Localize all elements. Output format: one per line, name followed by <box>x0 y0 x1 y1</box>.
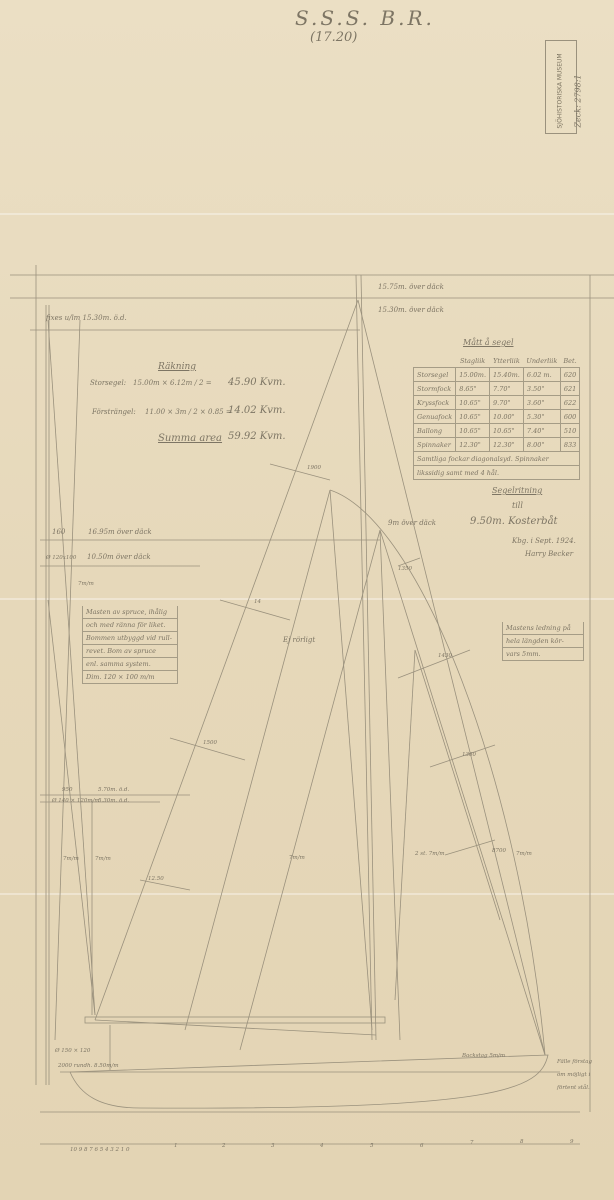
table-cell: 12.30" <box>456 438 490 452</box>
note-line: och med ränna för liket. <box>83 619 177 632</box>
area-heading: Räkning <box>158 362 196 372</box>
table-cell: 10.65" <box>456 410 490 424</box>
table-cell: 5.30" <box>523 410 560 424</box>
museum-stamp-institution: SJÖHISTORISKA MUSEUM <box>557 37 564 129</box>
sail-table-heading: Mått å segel <box>463 338 514 347</box>
area-row-label: Försträngel: <box>92 408 136 416</box>
table-cell: 10.65" <box>456 396 490 410</box>
column-header: Ytterliik <box>490 354 524 368</box>
note-line: förtent stål. <box>557 1082 592 1095</box>
lower-prefix: 950 <box>62 787 73 793</box>
table-cell: Kryssfock <box>414 396 456 410</box>
table-note: Samtliga fockar diagonalsyd. Spinnaker <box>414 452 580 466</box>
table-row: Kryssfock10.65"9.70"3.60"622 <box>414 396 580 410</box>
table-row: Genuafock10.65"10.00"5.30"600 <box>414 410 580 424</box>
stay-label: 2 st. 7m/m <box>415 851 445 857</box>
table-cell: 7.70" <box>490 382 524 396</box>
table-cell: 9.70" <box>490 396 524 410</box>
column-header: Underliik <box>523 354 560 368</box>
title-block-date: Kbg. i Sept. 1924. <box>512 537 576 545</box>
sail-dimensions-table: Stagliik Ytterliik Underliik Bet. Storse… <box>413 354 580 480</box>
note-line: hela längden kör- <box>503 635 583 648</box>
dimension-label: 1500 <box>203 740 217 746</box>
mast-construction-note: Masten av spruce, ihålig och med ränna f… <box>82 606 178 684</box>
backstay-label: Backstag 5m/m <box>462 1053 505 1059</box>
scale-label: 3 <box>271 1143 275 1149</box>
dimension-label: 1350 <box>398 566 412 572</box>
table-note: likssidig samt med 4 hål. <box>414 466 580 480</box>
mast-height-second: 15.30m. över däck <box>378 306 444 314</box>
column-header <box>414 354 456 368</box>
note-line: enl. samma system. <box>83 658 177 671</box>
dimension-label: 12.50 <box>148 876 164 882</box>
column-header: Stagliik <box>456 354 490 368</box>
stay-label: 7m/m <box>289 855 305 861</box>
table-cell: Genuafock <box>414 410 456 424</box>
area-row-result: 14.02 Kvm. <box>228 405 286 416</box>
title-block-line1: Segelritning <box>492 486 542 495</box>
title-block-line3: 9.50m. Kosterbåt <box>470 516 558 527</box>
table-cell: Storsegel <box>414 368 456 382</box>
note-line: Masten av spruce, ihålig <box>83 606 177 619</box>
boom-rigging: 2000 rundh. 8.50m/m <box>58 1063 119 1069</box>
scale-label: 5 <box>370 1143 374 1149</box>
scale-label: 4 <box>320 1143 324 1149</box>
dimension-label: 1900 <box>307 465 321 471</box>
note-line: Mastens ledning på <box>503 622 583 635</box>
table-row: Spinnaker12.30"12.30"8.00"833 <box>414 438 580 452</box>
area-row-formula: 15.00m × 6.12m / 2 = <box>133 379 212 387</box>
table-cell: 3.50" <box>523 382 560 396</box>
stem-note: Fälle förstag om möjligt i förtent stål. <box>557 1056 592 1095</box>
table-cell: Spinnaker <box>414 438 456 452</box>
scale-label: 7 <box>470 1140 474 1146</box>
table-cell: 510 <box>560 424 579 438</box>
lower-prefix: Ø 140 × 120m/m <box>52 798 100 804</box>
dimension-label: 8700 <box>492 848 506 854</box>
table-cell: 621 <box>560 382 579 396</box>
area-row-formula: 11.00 × 3m / 2 × 0.85 = <box>145 408 232 416</box>
area-row-result: 45.90 Kvm. <box>228 377 286 388</box>
boom-dimension: Ø 150 × 120 <box>55 1048 90 1054</box>
scale-label: 6 <box>420 1143 424 1149</box>
spreader-height: 10.50m över däck <box>87 553 151 561</box>
dimension-label: 14 <box>254 599 261 605</box>
dimension-label: 1430 <box>438 653 452 659</box>
overdeck-small-label: 9m över däck <box>388 519 436 527</box>
column-header: Bet. <box>560 354 579 368</box>
area-total-label: Summa area <box>158 433 222 444</box>
museum-stamp: SJÖHISTORISKA MUSEUM Zeck: 2798:1 <box>545 40 577 134</box>
table-cell: 8.65" <box>456 382 490 396</box>
stay-label: 7m/m <box>95 856 111 862</box>
stay-size: 7m/m <box>78 581 94 587</box>
note-line: Fälle förstag <box>557 1056 592 1069</box>
table-cell: 15.40m. <box>490 368 524 382</box>
scale-label: 8 <box>520 1139 524 1145</box>
note-line: revet. Bom av spruce <box>83 645 177 658</box>
table-header-row: Stagliik Ytterliik Underliik Bet. <box>414 354 580 368</box>
scale-label: 1 <box>174 1143 178 1149</box>
table-cell: 15.00m. <box>456 368 490 382</box>
dimension-label: 1360 <box>462 752 476 758</box>
note-line: om möjligt i <box>557 1069 592 1082</box>
lower-shroud-height: 5.30m. ö.d. <box>98 798 129 804</box>
scale-label: 10 9 8 7 6 5 4 3 2 1 0 <box>70 1147 129 1153</box>
table-cell: 8.00" <box>523 438 560 452</box>
table-row: Storsegel15.00m.15.40m.6.02 m.620 <box>414 368 580 382</box>
table-cell: 6.02 m. <box>523 368 560 382</box>
table-cell: 622 <box>560 396 579 410</box>
note-line: Bommen utbyggd vid rull- <box>83 632 177 645</box>
table-cell: 833 <box>560 438 579 452</box>
drawing-title: S.S.S. B.R. <box>295 6 435 30</box>
hounds-prefix: 160 <box>52 528 65 536</box>
table-cell: 10.00" <box>490 410 524 424</box>
title-block-line2: till <box>512 501 523 510</box>
table-cell: 10.65" <box>490 424 524 438</box>
table-cell: 12.30" <box>490 438 524 452</box>
left-fixed-height: fixes u/lm 15.30m. ö.d. <box>46 314 127 322</box>
scale-label: 2 <box>222 1143 226 1149</box>
table-row: Stormfock8.65"7.70"3.50"621 <box>414 382 580 396</box>
area-row-label: Storsegel: <box>90 379 126 387</box>
table-note-row: Samtliga fockar diagonalsyd. Spinnaker <box>414 452 580 466</box>
title-block-signature: Harry Becker <box>525 550 573 558</box>
table-note-row: likssidig samt med 4 hål. <box>414 466 580 480</box>
forestay-note: Mastens ledning på hela längden kör- var… <box>502 622 584 661</box>
stay-label: 7m/m <box>516 851 532 857</box>
fixed-label: Ej rörligt <box>283 636 315 644</box>
drawing-subtitle: (17.20) <box>310 30 357 45</box>
note-line: vars 5mm. <box>503 648 583 661</box>
table-cell: Stormfock <box>414 382 456 396</box>
hounds-height: 16.95m över däck <box>88 528 152 536</box>
table-cell: 7.40" <box>523 424 560 438</box>
museum-stamp-reference: Zeck: 2798:1 <box>574 36 583 128</box>
table-cell: 600 <box>560 410 579 424</box>
area-total-value: 59.92 Kvm. <box>228 431 286 442</box>
note-line: Dim. 120 × 100 m/m <box>83 671 177 684</box>
table-cell: 3.60" <box>523 396 560 410</box>
scale-label: 9 <box>570 1139 574 1145</box>
table-row: Ballong10.65"10.65"7.40"510 <box>414 424 580 438</box>
table-cell: Ballong <box>414 424 456 438</box>
table-cell: 620 <box>560 368 579 382</box>
mast-height-top: 15.75m. över däck <box>378 283 444 291</box>
lower-shroud-height: 5.70m. ö.d. <box>98 787 129 793</box>
spreader-prefix: Ø 120x100 <box>46 555 76 561</box>
stay-label: 7m/m <box>63 856 79 862</box>
table-cell: 10.65" <box>456 424 490 438</box>
sail-plan-drawing <box>0 0 614 1200</box>
